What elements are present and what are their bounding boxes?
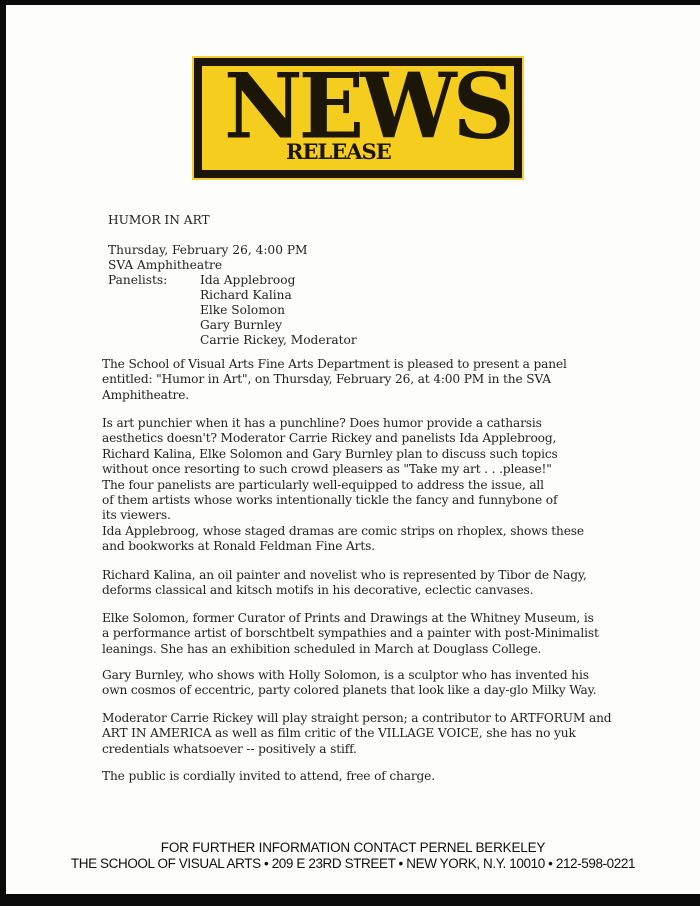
panelist: Gary Burnley [200, 318, 282, 333]
document-page: NEWS RELEASE HUMOR IN ART Thursday, Febr… [6, 5, 700, 894]
paragraph-topic: Is art punchier when it has a punchline?… [102, 416, 662, 524]
event-location: SVA Amphitheatre [108, 258, 222, 273]
footer-contact: FOR FURTHER INFORMATION CONTACT PERNEL B… [6, 840, 700, 855]
footer-address: THE SCHOOL OF VISUAL ARTS • 209 E 23RD S… [6, 856, 700, 871]
logo-release-word: RELEASE [284, 141, 393, 162]
paragraph-intro: The School of Visual Arts Fine Arts Depa… [102, 357, 662, 403]
panelists-label: Panelists: [108, 273, 167, 288]
paragraph-solomon: Elke Solomon, former Curator of Prints a… [102, 611, 662, 657]
panelist: Carrie Rickey, Moderator [200, 333, 357, 348]
release-heading: HUMOR IN ART [108, 213, 210, 228]
panelist: Richard Kalina [200, 288, 292, 303]
panelist: Ida Applebroog [200, 273, 295, 288]
paragraph-burnley: Gary Burnley, who shows with Holly Solom… [102, 668, 662, 699]
news-release-logo: NEWS RELEASE [192, 56, 524, 180]
paragraph-rickey: Moderator Carrie Rickey will play straig… [102, 711, 662, 757]
panelist: Elke Solomon [200, 303, 285, 318]
paragraph-applebroog: Ida Applebroog, whose staged dramas are … [102, 524, 662, 555]
event-datetime: Thursday, February 26, 4:00 PM [108, 243, 308, 258]
paragraph-invitation: The public is cordially invited to atten… [102, 769, 662, 784]
paragraph-kalina: Richard Kalina, an oil painter and novel… [102, 568, 662, 599]
logo-yellow-panel: NEWS RELEASE [202, 66, 514, 170]
